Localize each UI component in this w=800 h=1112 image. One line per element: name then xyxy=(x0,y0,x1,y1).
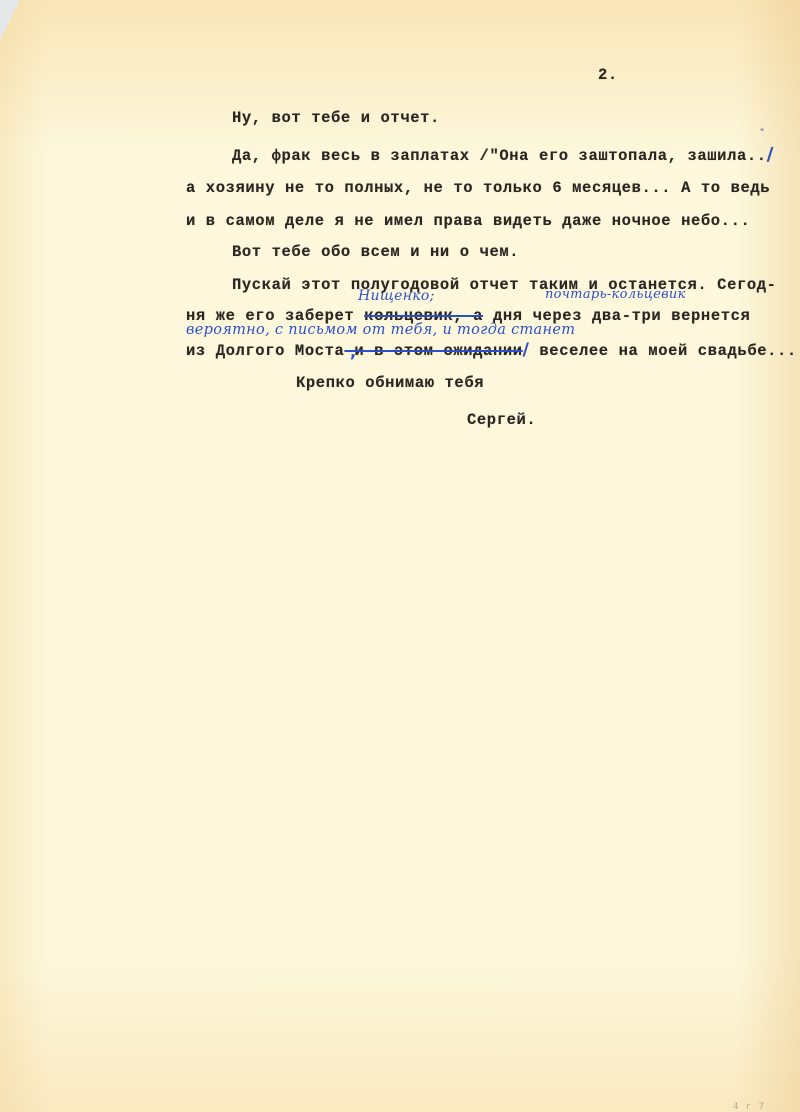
closing-line: Крепко обнимаю тебя xyxy=(296,374,484,392)
letter-page: 2. Ну, вот тебе и отчет. " Да, фрак весь… xyxy=(0,0,800,1112)
handwritten-above-koltsevik: Нищенко; xyxy=(358,288,435,304)
handwritten-slash-mark: / xyxy=(767,144,774,165)
paragraph-3: Вот тебе обо всем и ни о чем. xyxy=(232,243,519,261)
page-number: 2. xyxy=(598,66,618,84)
handwritten-between-lines: вероятно, с письмом от тебя, и тогда ста… xyxy=(186,322,575,338)
handwritten-above-dva-tri: почтарь-кольцевик xyxy=(545,287,686,302)
paragraph-2-line-3: и в самом деле я не имел права видеть да… xyxy=(186,212,750,230)
paragraph-1: Ну, вот тебе и отчет. xyxy=(232,109,440,127)
handwritten-slash: / xyxy=(523,340,530,360)
line2-part-e: вернется xyxy=(671,307,750,325)
line3-part-a: из Долгого Моста xyxy=(186,342,344,360)
handwritten-quote-mark: " xyxy=(760,128,764,138)
signature: Сергей. xyxy=(467,411,536,429)
line3-part-b: веселее на моей свадьбе... xyxy=(529,342,796,360)
paragraph-4-line-3: из Долгого Моста и в этом ожидании/ весе… xyxy=(186,340,797,360)
struck-in-waiting: и в этом ожидании xyxy=(344,342,522,360)
paragraph-2-line-2: а хозяину не то полных, не то только 6 м… xyxy=(186,179,770,197)
paragraph-2-line-1: Да, фрак весь в заплатах /"Она его зашто… xyxy=(232,144,774,165)
handwritten-comma-insert: , xyxy=(350,342,356,361)
paragraph-2-line-1-text: Да, фрак весь в заплатах /"Она его зашто… xyxy=(232,147,767,165)
archive-mark: 4 г 7 xyxy=(733,1102,765,1112)
paragraph-4-line-1: Пускай этот полугодовой отчет таким и ос… xyxy=(232,276,777,294)
